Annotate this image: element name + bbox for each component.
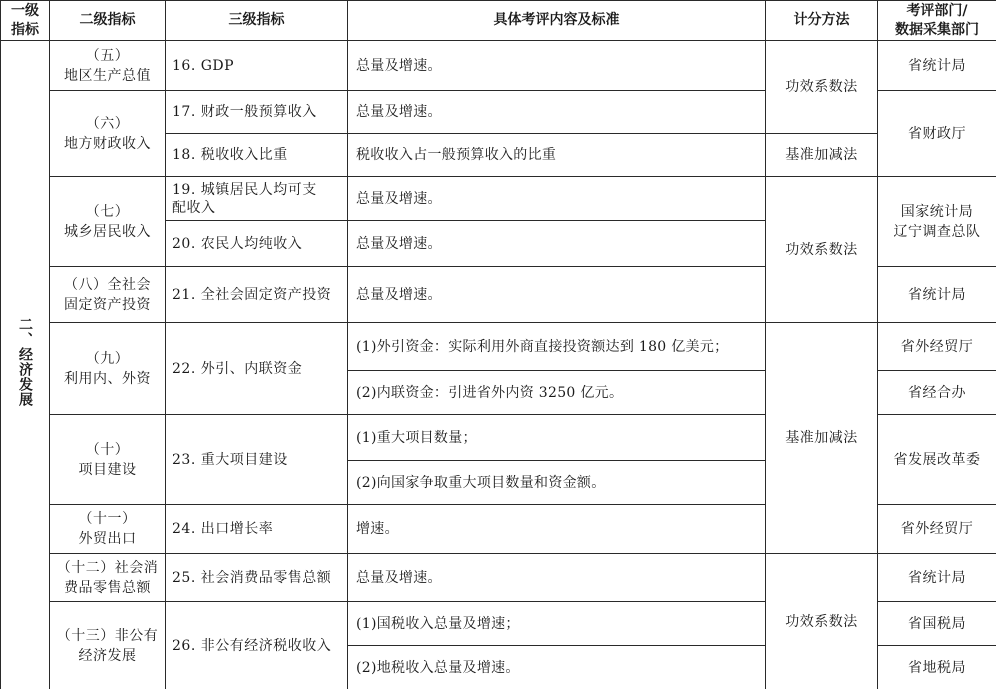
criteria-cell: (1)外引资金：实际利用外商直接投资额达到 180 亿美元； xyxy=(348,323,766,371)
criteria-cell: (2)地税收入总量及增速。 xyxy=(348,646,766,689)
level3-indicator: 26. 非公有经济税收收入 xyxy=(166,602,348,689)
level2-line1: （十二）社会消 xyxy=(50,558,165,578)
level2-indicator: （七） 城乡居民收入 xyxy=(50,177,166,267)
level2-title: 项目建设 xyxy=(50,460,165,480)
level3-line2: 配收入 xyxy=(172,199,347,217)
level3-line1: 19. 城镇居民人均可支 xyxy=(172,181,347,199)
table-row: （十二）社会消 费品零售总额 25. 社会消费品零售总额 总量及增速。 功效系数… xyxy=(1,554,996,602)
level3-indicator: 18. 税收收入比重 xyxy=(166,134,348,177)
level2-indicator: （十一） 外贸出口 xyxy=(50,505,166,554)
header-level1-line2: 指标 xyxy=(1,21,49,40)
department-cell: 省国税局 xyxy=(878,602,996,646)
table-row: （七） 城乡居民收入 19. 城镇居民人均可支 配收入 总量及增速。 功效系数法… xyxy=(1,177,996,221)
level3-indicator: 22. 外引、内联资金 xyxy=(166,323,348,415)
level3-indicator: 16. GDP xyxy=(166,41,348,91)
header-method: 计分方法 xyxy=(766,1,878,41)
department-cell: 省统计局 xyxy=(878,554,996,602)
header-department-line2: 数据采集部门 xyxy=(878,21,996,40)
level3-indicator: 23. 重大项目建设 xyxy=(166,415,348,505)
scoring-method-cell: 功效系数法 xyxy=(766,554,878,689)
scoring-method-cell: 功效系数法 xyxy=(766,177,878,323)
department-cell: 省外经贸厅 xyxy=(878,323,996,371)
level2-number: （六） xyxy=(50,114,165,134)
level3-indicator: 19. 城镇居民人均可支 配收入 xyxy=(166,177,348,221)
table-row: （九） 利用内、外资 22. 外引、内联资金 (1)外引资金：实际利用外商直接投… xyxy=(1,323,996,371)
department-cell: 省财政厅 xyxy=(878,91,996,177)
department-cell: 省统计局 xyxy=(878,267,996,323)
criteria-cell: 总量及增速。 xyxy=(348,41,766,91)
table-row: 二、经济发展 （五） 地区生产总值 16. GDP 总量及增速。 功效系数法 省… xyxy=(1,41,996,91)
level2-indicator: （五） 地区生产总值 xyxy=(50,41,166,91)
level2-indicator: （十二）社会消 费品零售总额 xyxy=(50,554,166,602)
evaluation-indicator-table: 一级 指标 二级指标 三级指标 具体考评内容及标准 计分方法 考评部门/ 数据采… xyxy=(0,0,996,689)
header-level2: 二级指标 xyxy=(50,1,166,41)
level2-indicator: （九） 利用内、外资 xyxy=(50,323,166,415)
department-cell: 省发展改革委 xyxy=(878,415,996,505)
level3-indicator: 21. 全社会固定资产投资 xyxy=(166,267,348,323)
header-level1: 一级 指标 xyxy=(1,1,50,41)
department-cell: 省地税局 xyxy=(878,646,996,689)
department-cell: 省外经贸厅 xyxy=(878,505,996,554)
scoring-method-cell: 基准加减法 xyxy=(766,134,878,177)
level2-title: 利用内、外资 xyxy=(50,369,165,389)
criteria-cell: 增速。 xyxy=(348,505,766,554)
level2-number: （九） xyxy=(50,349,165,369)
level2-number: （十） xyxy=(50,440,165,460)
header-criteria: 具体考评内容及标准 xyxy=(348,1,766,41)
level3-indicator: 17. 财政一般预算收入 xyxy=(166,91,348,134)
header-level1-line1: 一级 xyxy=(1,2,49,21)
level3-indicator: 20. 农民人均纯收入 xyxy=(166,221,348,267)
criteria-cell: (1)国税收入总量及增速； xyxy=(348,602,766,646)
criteria-cell: (1)重大项目数量； xyxy=(348,415,766,461)
department-cell: 省经合办 xyxy=(878,371,996,415)
level3-indicator: 25. 社会消费品零售总额 xyxy=(166,554,348,602)
level2-indicator: （八）全社会 固定资产投资 xyxy=(50,267,166,323)
level2-number: （五） xyxy=(50,46,165,66)
level1-category-cell: 二、经济发展 xyxy=(1,41,50,689)
level2-title: 地方财政收入 xyxy=(50,134,165,154)
level2-title: 城乡居民收入 xyxy=(50,222,165,242)
scoring-method-cell: 基准加减法 xyxy=(766,323,878,554)
header-department: 考评部门/ 数据采集部门 xyxy=(878,1,996,41)
header-level3: 三级指标 xyxy=(166,1,348,41)
level2-indicator: （六） 地方财政收入 xyxy=(50,91,166,177)
level3-indicator: 24. 出口增长率 xyxy=(166,505,348,554)
level2-line2: 固定资产投资 xyxy=(50,295,165,315)
department-line2: 辽宁调查总队 xyxy=(878,222,996,242)
department-cell: 省统计局 xyxy=(878,41,996,91)
level2-title: 外贸出口 xyxy=(50,529,165,549)
department-line1: 国家统计局 xyxy=(878,202,996,222)
criteria-cell: 总量及增速。 xyxy=(348,221,766,267)
level2-line1: （十三）非公有 xyxy=(50,626,165,646)
level2-line2: 经济发展 xyxy=(50,646,165,666)
level1-category: 二、经济发展 xyxy=(17,317,33,407)
criteria-cell: 总量及增速。 xyxy=(348,267,766,323)
header-department-line1: 考评部门/ xyxy=(878,2,996,21)
level2-title: 地区生产总值 xyxy=(50,66,165,86)
level2-indicator: （十） 项目建设 xyxy=(50,415,166,505)
level2-number: （十一） xyxy=(50,509,165,529)
criteria-cell: 总量及增速。 xyxy=(348,177,766,221)
level2-number: （七） xyxy=(50,202,165,222)
level2-line2: 费品零售总额 xyxy=(50,578,165,598)
level2-indicator: （十三）非公有 经济发展 xyxy=(50,602,166,689)
criteria-cell: (2)内联资金：引进省外内资 3250 亿元。 xyxy=(348,371,766,415)
header-row: 一级 指标 二级指标 三级指标 具体考评内容及标准 计分方法 考评部门/ 数据采… xyxy=(1,1,996,41)
criteria-cell: 总量及增速。 xyxy=(348,91,766,134)
criteria-cell: 总量及增速。 xyxy=(348,554,766,602)
criteria-cell: 税收收入占一般预算收入的比重 xyxy=(348,134,766,177)
indicator-table-page: 一级 指标 二级指标 三级指标 具体考评内容及标准 计分方法 考评部门/ 数据采… xyxy=(0,0,996,689)
department-cell: 国家统计局 辽宁调查总队 xyxy=(878,177,996,267)
criteria-cell: (2)向国家争取重大项目数量和资金额。 xyxy=(348,461,766,505)
level2-line1: （八）全社会 xyxy=(50,275,165,295)
scoring-method-cell: 功效系数法 xyxy=(766,41,878,134)
